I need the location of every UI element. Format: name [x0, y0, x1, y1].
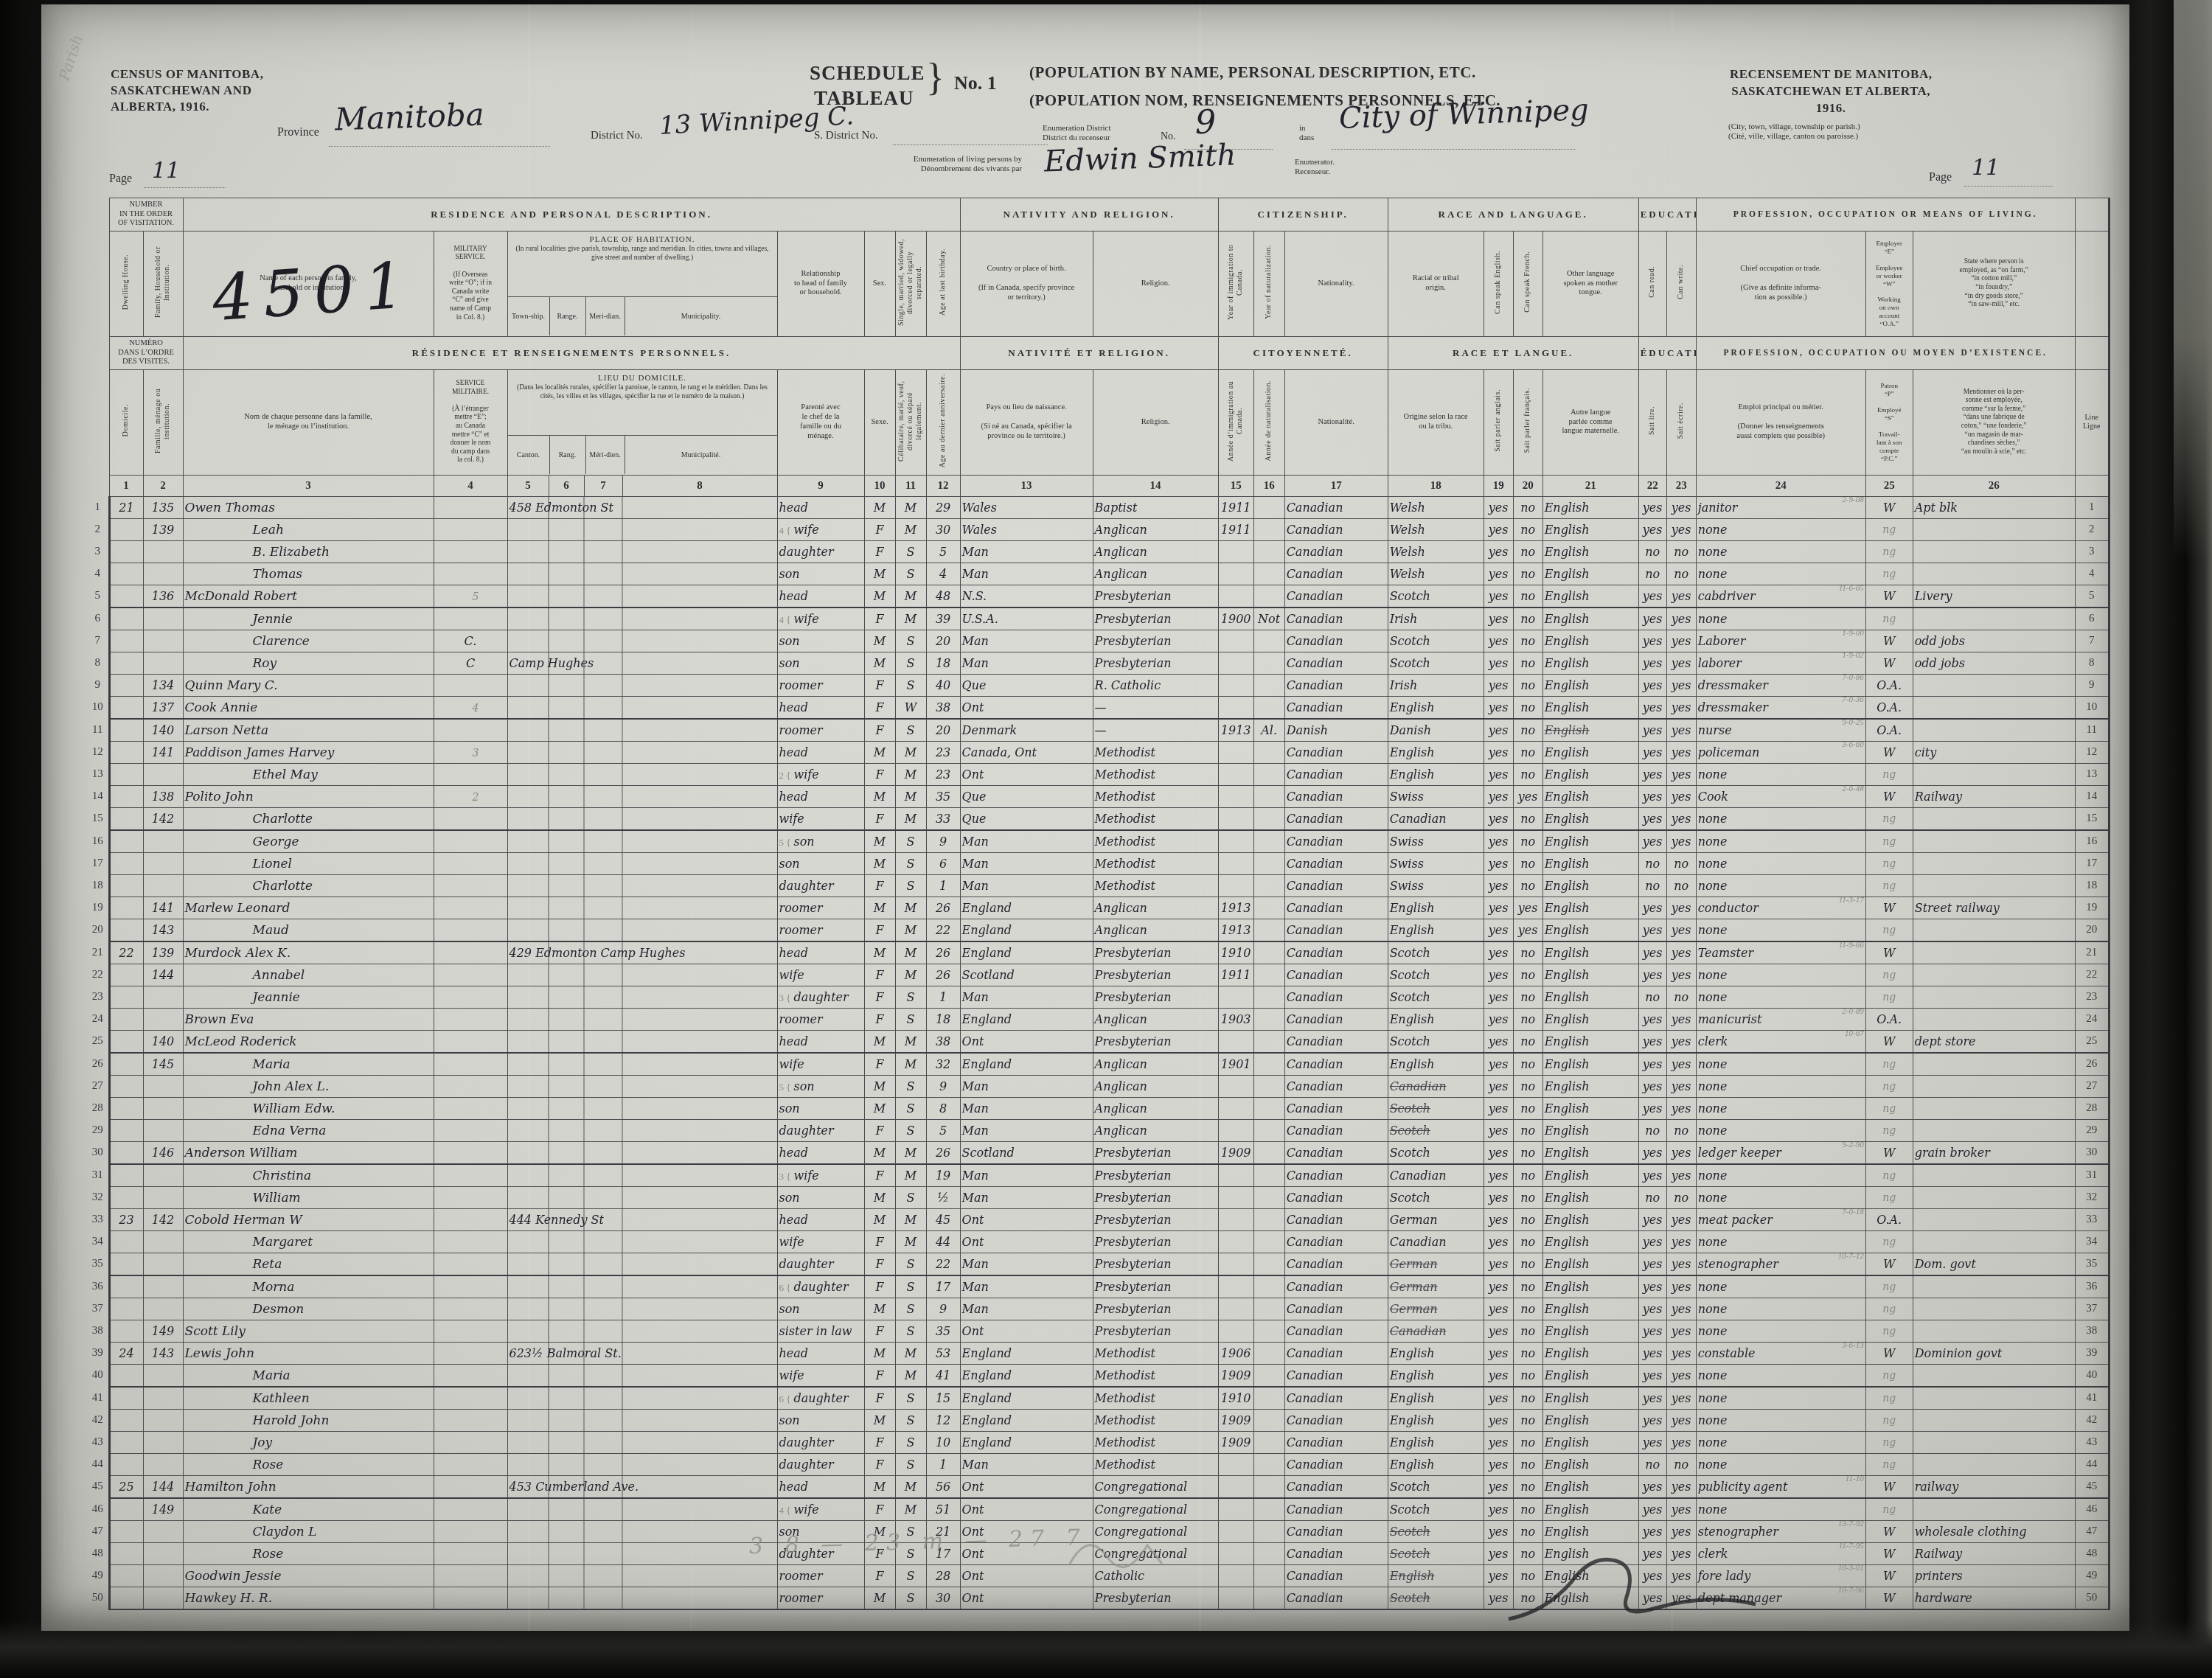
cell-rel: son [777, 630, 864, 652]
cell-imm: 1909 [1218, 1142, 1253, 1165]
cell-cls: W [1865, 652, 1913, 675]
cell-mar: M [895, 1142, 926, 1165]
cell-dw [109, 1120, 143, 1142]
table-row: 12141Paddison James Harvey3headMM23Canad… [87, 742, 2109, 764]
cell-wr: yes [1666, 719, 1696, 742]
cell-sex: M [864, 1076, 895, 1098]
cell-lang: English [1543, 986, 1638, 1009]
cell-lang: English [1543, 497, 1638, 519]
cell-wr: yes [1666, 786, 1696, 808]
cell-fr: no [1513, 1543, 1543, 1565]
cell-rel: roomer [777, 919, 864, 942]
cell-rd: yes [1638, 697, 1666, 720]
cell-occ: 7-0-18meat packer [1696, 1209, 1865, 1231]
cell-rd: yes [1638, 1387, 1666, 1410]
can-read-label-fr: Sait lire. [1648, 406, 1657, 435]
cell-naty [1253, 1476, 1284, 1499]
cell-addr [507, 919, 777, 942]
column-number: 2 [143, 476, 183, 497]
subdistrict-label: S. District No. [814, 130, 878, 142]
cell-rd: yes [1638, 1298, 1666, 1320]
cell-naty [1253, 830, 1284, 853]
cell-name: Goodwin Jessie [183, 1565, 434, 1587]
page-number-left: 11 [152, 158, 180, 184]
cell-fr: no [1513, 1053, 1543, 1076]
cell-lang: English [1543, 786, 1638, 808]
cell-nat: Canadian [1284, 1587, 1388, 1610]
cell-lnr: 19 [2075, 897, 2109, 919]
table-row: 18CharlottedaughterFS1ManMethodistCanadi… [87, 875, 2109, 897]
cell-naty [1253, 1031, 1284, 1054]
cell-imm: 1911 [1218, 964, 1253, 986]
cell-name: Larson Netta [183, 719, 434, 742]
group-header-profession-fr: PROFESSION, OCCUPATION OU MOYEN D’EXISTE… [1696, 337, 2075, 370]
column-number: 11 [895, 476, 926, 497]
col-header-township: Town-ship. [508, 297, 549, 335]
cell-nat: Canadian [1284, 786, 1388, 808]
cell-age: 38 [926, 697, 960, 720]
cell-name: Margaret [183, 1231, 434, 1253]
cell-dw [109, 563, 143, 585]
cell-nat: Canadian [1284, 853, 1388, 875]
cell-rd: yes [1638, 1053, 1666, 1076]
cell-fam: 137 [143, 697, 183, 720]
scanned-census-page: Parish CENSUS OF MANITOBA, SASKATCHEWAN … [0, 0, 2212, 1678]
table-row: 19141Marlew LeonardroomerMM26EnglandAngl… [87, 897, 2109, 919]
cell-lang: English [1543, 964, 1638, 986]
cell-org: Scotch [1388, 1498, 1484, 1521]
cell-name: Morna [183, 1275, 434, 1298]
table-row: 41Kathleen6 {daughterFS15EnglandMethodis… [87, 1387, 2109, 1410]
cell-age: 22 [926, 1253, 960, 1276]
cell-occ: 9-0-25nurse [1696, 719, 1865, 742]
cell-naty [1253, 1053, 1284, 1076]
cell-dw: 23 [109, 1209, 143, 1231]
cell-emp [1913, 1164, 2075, 1187]
cell-naty [1253, 1164, 1284, 1187]
cell-cls: W [1865, 1587, 1913, 1610]
group-header-race-en: RACE AND LANGUAGE. [1388, 198, 1638, 231]
cell-fam [143, 1298, 183, 1320]
cell-birth: Canada, Ont [960, 742, 1093, 764]
cell-lnr: 18 [2075, 875, 2109, 897]
cell-emp [1913, 541, 2075, 563]
schedule-en: SCHEDULE [810, 62, 925, 85]
cell-mil [434, 1076, 507, 1098]
cell-dw [109, 1009, 143, 1031]
cell-mil [434, 1565, 507, 1587]
cell-nat: Canadian [1284, 1343, 1388, 1365]
cell-mar: S [895, 541, 926, 563]
cell-occ: none [1696, 808, 1865, 831]
cell-age: 26 [926, 941, 960, 964]
cell-addr [507, 853, 777, 875]
cell-birth: England [960, 1343, 1093, 1365]
cell-en: yes [1484, 875, 1513, 897]
table-row: 23Jeannie3 {daughterFS1ManPresbyterianCa… [87, 986, 2109, 1009]
cell-ln: 42 [87, 1410, 109, 1432]
cell-lnr: 6 [2075, 608, 2109, 630]
cell-name: Cook Annie [183, 697, 434, 720]
cell-occ: 10-3-01fore lady [1696, 1565, 1865, 1587]
cell-name: Thomas [183, 563, 434, 585]
cell-relg: Methodist [1093, 764, 1218, 786]
cell-addr [507, 1009, 777, 1031]
cell-mil [434, 1432, 507, 1454]
cell-addr [507, 1231, 777, 1253]
cell-rd: yes [1638, 941, 1666, 964]
cell-birth: Que [960, 808, 1093, 831]
cell-wr: yes [1666, 1498, 1696, 1521]
cell-mil [434, 1120, 507, 1142]
table-row: 34MargaretwifeFM44OntPresbyterianCanadia… [87, 1231, 2109, 1253]
cell-en: yes [1484, 986, 1513, 1009]
cell-dw [109, 964, 143, 986]
cell-en: yes [1484, 1209, 1513, 1231]
page-label-right: Page [1929, 171, 1952, 184]
cell-relg: Methodist [1093, 875, 1218, 897]
cell-dw [109, 1187, 143, 1209]
table-row: 35RetadaughterFS22ManPresbyterianCanadia… [87, 1253, 2109, 1276]
cell-name: Roy [183, 652, 434, 675]
cell-emp [1913, 1454, 2075, 1476]
cell-emp [1913, 1209, 2075, 1231]
cell-nat: Canadian [1284, 608, 1388, 630]
cell-name: Kate [183, 1498, 434, 1521]
cell-nat: Canadian [1284, 1120, 1388, 1142]
cell-lang: English [1543, 1253, 1638, 1276]
cell-imm [1218, 1253, 1253, 1276]
cell-emp [1913, 697, 2075, 720]
cell-occ: 2-9-08janitor [1696, 497, 1865, 519]
cell-en: yes [1484, 1076, 1513, 1098]
cell-age: 26 [926, 964, 960, 986]
cell-name: Polito John [183, 786, 434, 808]
cell-rel: roomer [777, 1565, 864, 1587]
cell-age: 33 [926, 808, 960, 831]
cell-cls: ng [1865, 1410, 1913, 1432]
cell-cls: W [1865, 786, 1913, 808]
col-header-naturalization-en: Year of naturalization. [1253, 231, 1284, 337]
cell-occ: 13-7-92stenographer [1696, 1521, 1865, 1543]
cell-mil [434, 719, 507, 742]
cell-fam [143, 1076, 183, 1098]
cell-relg: Methodist [1093, 1343, 1218, 1365]
cell-ln: 34 [87, 1231, 109, 1253]
cell-birth: Man [960, 630, 1093, 652]
cell-occ: none [1696, 1098, 1865, 1120]
cell-emp [1913, 719, 2075, 742]
table-row: 22144AnnabelwifeFM26ScotlandPresbyterian… [87, 964, 2109, 986]
cell-mil [434, 497, 507, 519]
cell-mar: S [895, 1253, 926, 1276]
cell-lang: English [1543, 1410, 1638, 1432]
cell-rel: son [777, 563, 864, 585]
cell-addr: 458 Edmonton St [507, 497, 777, 519]
cell-mar: S [895, 986, 926, 1009]
cell-addr [507, 808, 777, 831]
cell-mil [434, 1164, 507, 1187]
cell-mar: M [895, 1365, 926, 1388]
cell-addr [507, 719, 777, 742]
cell-emp [1913, 675, 2075, 697]
cell-occ: 9-2-90ledger keeper [1696, 1142, 1865, 1165]
cell-cls: ng [1865, 919, 1913, 942]
cell-rel: 3 {daughter [777, 986, 864, 1009]
cell-rd: yes [1638, 585, 1666, 608]
cell-org: Welsh [1388, 563, 1484, 585]
enum-district-number: 9 [1195, 104, 1216, 142]
cell-emp [1913, 941, 2075, 964]
cell-nat: Canadian [1284, 675, 1388, 697]
cell-occ: none [1696, 1432, 1865, 1454]
cell-sex: M [864, 1410, 895, 1432]
cell-ln: 25 [87, 1031, 109, 1054]
cell-addr [507, 1142, 777, 1165]
cell-name: Murdock Alex K. [183, 941, 434, 964]
cell-emp: Apt blk [1913, 497, 2075, 519]
cell-emp [1913, 519, 2075, 541]
table-row: 4ThomassonMS4ManAnglicanCanadianWelshyes… [87, 563, 2109, 585]
cell-imm: 1911 [1218, 519, 1253, 541]
cell-addr [507, 697, 777, 720]
cell-en: yes [1484, 1543, 1513, 1565]
cell-naty [1253, 1387, 1284, 1410]
cell-en: yes [1484, 1365, 1513, 1388]
cell-fam: 149 [143, 1320, 183, 1343]
cell-name: McDonald Robert [183, 585, 434, 608]
cell-occ: none [1696, 608, 1865, 630]
cell-fam [143, 1587, 183, 1610]
cell-ln: 15 [87, 808, 109, 831]
cell-relg: Presbyterian [1093, 608, 1218, 630]
cell-imm [1218, 563, 1253, 585]
cell-mar: S [895, 719, 926, 742]
col-header-municipality: Municipality. [625, 297, 777, 335]
cell-name: Maud [183, 919, 434, 942]
cell-en: yes [1484, 652, 1513, 675]
cell-rd: yes [1638, 630, 1666, 652]
cell-dw [109, 608, 143, 630]
cell-ln: 46 [87, 1498, 109, 1521]
cell-wr: yes [1666, 1009, 1696, 1031]
cell-rd: yes [1638, 1410, 1666, 1432]
dwelling-label-fr: Domicile. [122, 404, 131, 436]
cell-nat: Canadian [1284, 964, 1388, 986]
cell-dw [109, 853, 143, 875]
cell-en: yes [1484, 1320, 1513, 1343]
cell-nat: Canadian [1284, 1543, 1388, 1565]
cell-birth: Man [960, 1253, 1093, 1276]
cell-wr: yes [1666, 919, 1696, 942]
col-header-habitation-fr: LIEU DU DOMICILE. (Dans les localités ru… [507, 370, 777, 476]
cell-lang: English [1543, 1031, 1638, 1054]
cell-addr [507, 742, 777, 764]
column-number: 22 [1638, 476, 1666, 497]
ruled-line [145, 187, 226, 188]
cell-rel: daughter [777, 1120, 864, 1142]
col-header-speak-french-en: Can speak French. [1513, 231, 1543, 337]
cell-naty [1253, 1320, 1284, 1343]
cell-addr [507, 875, 777, 897]
cell-nat: Canadian [1284, 897, 1388, 919]
cell-rel: head [777, 497, 864, 519]
group-header-profession-en: PROFESSION, OCCUPATION OR MEANS OF LIVIN… [1696, 198, 2075, 231]
cell-birth: Que [960, 786, 1093, 808]
speak-english-label-fr: Sait parler anglais. [1494, 389, 1503, 452]
cell-addr [507, 1387, 777, 1410]
cell-rd: yes [1638, 1565, 1666, 1587]
col-header-nationality-fr: Nationalité. [1284, 370, 1388, 476]
cell-rd: yes [1638, 1498, 1666, 1521]
cell-name: Claydon L [183, 1521, 434, 1543]
cell-rel: son [777, 853, 864, 875]
cell-mil [434, 1187, 507, 1209]
cell-fr: no [1513, 652, 1543, 675]
cell-name: Edna Verna [183, 1120, 434, 1142]
cell-nat: Canadian [1284, 1454, 1388, 1476]
cell-fam: 143 [143, 919, 183, 942]
cell-name: Maria [183, 1053, 434, 1076]
cell-ln: 9 [87, 675, 109, 697]
cell-lnr: 31 [2075, 1164, 2109, 1187]
cell-occ: 3-6-60policeman [1696, 742, 1865, 764]
cell-cls: W [1865, 1521, 1913, 1543]
cell-mar: M [895, 786, 926, 808]
cell-fr: no [1513, 1410, 1543, 1432]
can-write-label: Can write. [1677, 265, 1686, 299]
cell-mil: 3 [434, 742, 507, 764]
cell-addr [507, 964, 777, 986]
cell-rd: yes [1638, 1231, 1666, 1253]
cell-naty [1253, 519, 1284, 541]
cell-sex: F [864, 875, 895, 897]
cell-imm [1218, 853, 1253, 875]
cell-fam [143, 1275, 183, 1298]
cell-sex: F [864, 986, 895, 1009]
cell-dw [109, 1231, 143, 1253]
cell-mar: S [895, 1187, 926, 1209]
cell-lang: English [1543, 897, 1638, 919]
can-read-label: Can read. [1648, 266, 1657, 298]
cell-birth: Ont [960, 1476, 1093, 1499]
cell-sex: F [864, 764, 895, 786]
age-label-fr: Age au dernier anniversaire. [939, 374, 947, 467]
cell-emp: Railway [1913, 786, 2075, 808]
cell-emp [1913, 608, 2075, 630]
cell-ln: 5 [87, 585, 109, 608]
col-header-immigration-fr: Année d’immigration au Canada. [1218, 370, 1253, 476]
cell-sex: F [864, 608, 895, 630]
cell-addr [507, 585, 777, 608]
cell-ln: 28 [87, 1098, 109, 1120]
cell-en: yes [1484, 1410, 1513, 1432]
habitation-title-fr: LIEU DU DOMICILE. [508, 371, 777, 383]
cell-en: yes [1484, 719, 1513, 742]
cell-sex: F [864, 1120, 895, 1142]
cell-mil: C. [434, 630, 507, 652]
table-row: 16George5 {sonMS9ManMethodistCanadianSwi… [87, 830, 2109, 853]
cell-age: 44 [926, 1231, 960, 1253]
cell-mil [434, 853, 507, 875]
cell-age: 6 [926, 853, 960, 875]
cell-rd: yes [1638, 1076, 1666, 1098]
cell-sex: F [864, 1275, 895, 1298]
cell-addr: 623½ Balmoral St. [507, 1343, 777, 1365]
cell-relg: Anglican [1093, 563, 1218, 585]
cell-lnr: 40 [2075, 1365, 2109, 1388]
cell-addr [507, 1454, 777, 1476]
cell-birth: Man [960, 830, 1093, 853]
cell-birth: Ont [960, 1565, 1093, 1587]
cell-rd: no [1638, 1120, 1666, 1142]
cell-cls: W [1865, 1142, 1913, 1165]
cell-mil [434, 1275, 507, 1298]
cell-birth: Man [960, 1454, 1093, 1476]
cell-dw [109, 585, 143, 608]
cell-ln: 38 [87, 1320, 109, 1343]
col-header-occupation-fr: Emploi principal ou métier. (Donner les … [1696, 370, 1865, 476]
cell-relg: Presbyterian [1093, 1031, 1218, 1054]
cell-nat: Canadian [1284, 541, 1388, 563]
cell-birth: N.S. [960, 585, 1093, 608]
table-row: 25140McLeod RoderickheadMM38OntPresbyter… [87, 1031, 2109, 1054]
cell-naty [1253, 1231, 1284, 1253]
cell-name: Desmon [183, 1298, 434, 1320]
cell-cls: W [1865, 1253, 1913, 1276]
cell-fr: no [1513, 497, 1543, 519]
cell-rel: 5 {son [777, 1076, 864, 1098]
col-header-family-fr: Famille, ménage ou institution. [143, 370, 183, 476]
cell-fr: no [1513, 1298, 1543, 1320]
cell-fam: 144 [143, 964, 183, 986]
cell-mar: M [895, 964, 926, 986]
cell-mar: S [895, 1009, 926, 1031]
cell-lang: English [1543, 1498, 1638, 1521]
cell-fam [143, 1009, 183, 1031]
cell-birth: Que [960, 675, 1093, 697]
cell-dw [109, 875, 143, 897]
cell-org: Welsh [1388, 497, 1484, 519]
column-number: 14 [1093, 476, 1218, 497]
cell-dw [109, 897, 143, 919]
table-row: 3B. ElizabethdaughterFS5ManAnglicanCanad… [87, 541, 2109, 563]
cell-mar: M [895, 1053, 926, 1076]
cell-fam: 135 [143, 497, 183, 519]
cell-fam: 142 [143, 1209, 183, 1231]
cell-age: 9 [926, 1076, 960, 1098]
cell-dw [109, 1098, 143, 1120]
cell-wr: yes [1666, 1298, 1696, 1320]
cell-age: 20 [926, 630, 960, 652]
cell-org: Scotch [1388, 941, 1484, 964]
cell-emp: odd jobs [1913, 652, 2075, 675]
cell-nat: Canadian [1284, 830, 1388, 853]
cell-sex: M [864, 1187, 895, 1209]
cell-relg: Methodist [1093, 1432, 1218, 1454]
cell-relg: Anglican [1093, 919, 1218, 942]
cell-sex: F [864, 1432, 895, 1454]
cell-birth: England [960, 1009, 1093, 1031]
cell-relg: Methodist [1093, 830, 1218, 853]
speak-french-label: Can speak French. [1523, 251, 1532, 313]
cell-org: Canadian [1388, 1320, 1484, 1343]
cell-imm [1218, 652, 1253, 675]
cell-fr: no [1513, 1587, 1543, 1610]
cell-wr: no [1666, 541, 1696, 563]
cell-birth: England [960, 1053, 1093, 1076]
cell-fr: yes [1513, 919, 1543, 942]
